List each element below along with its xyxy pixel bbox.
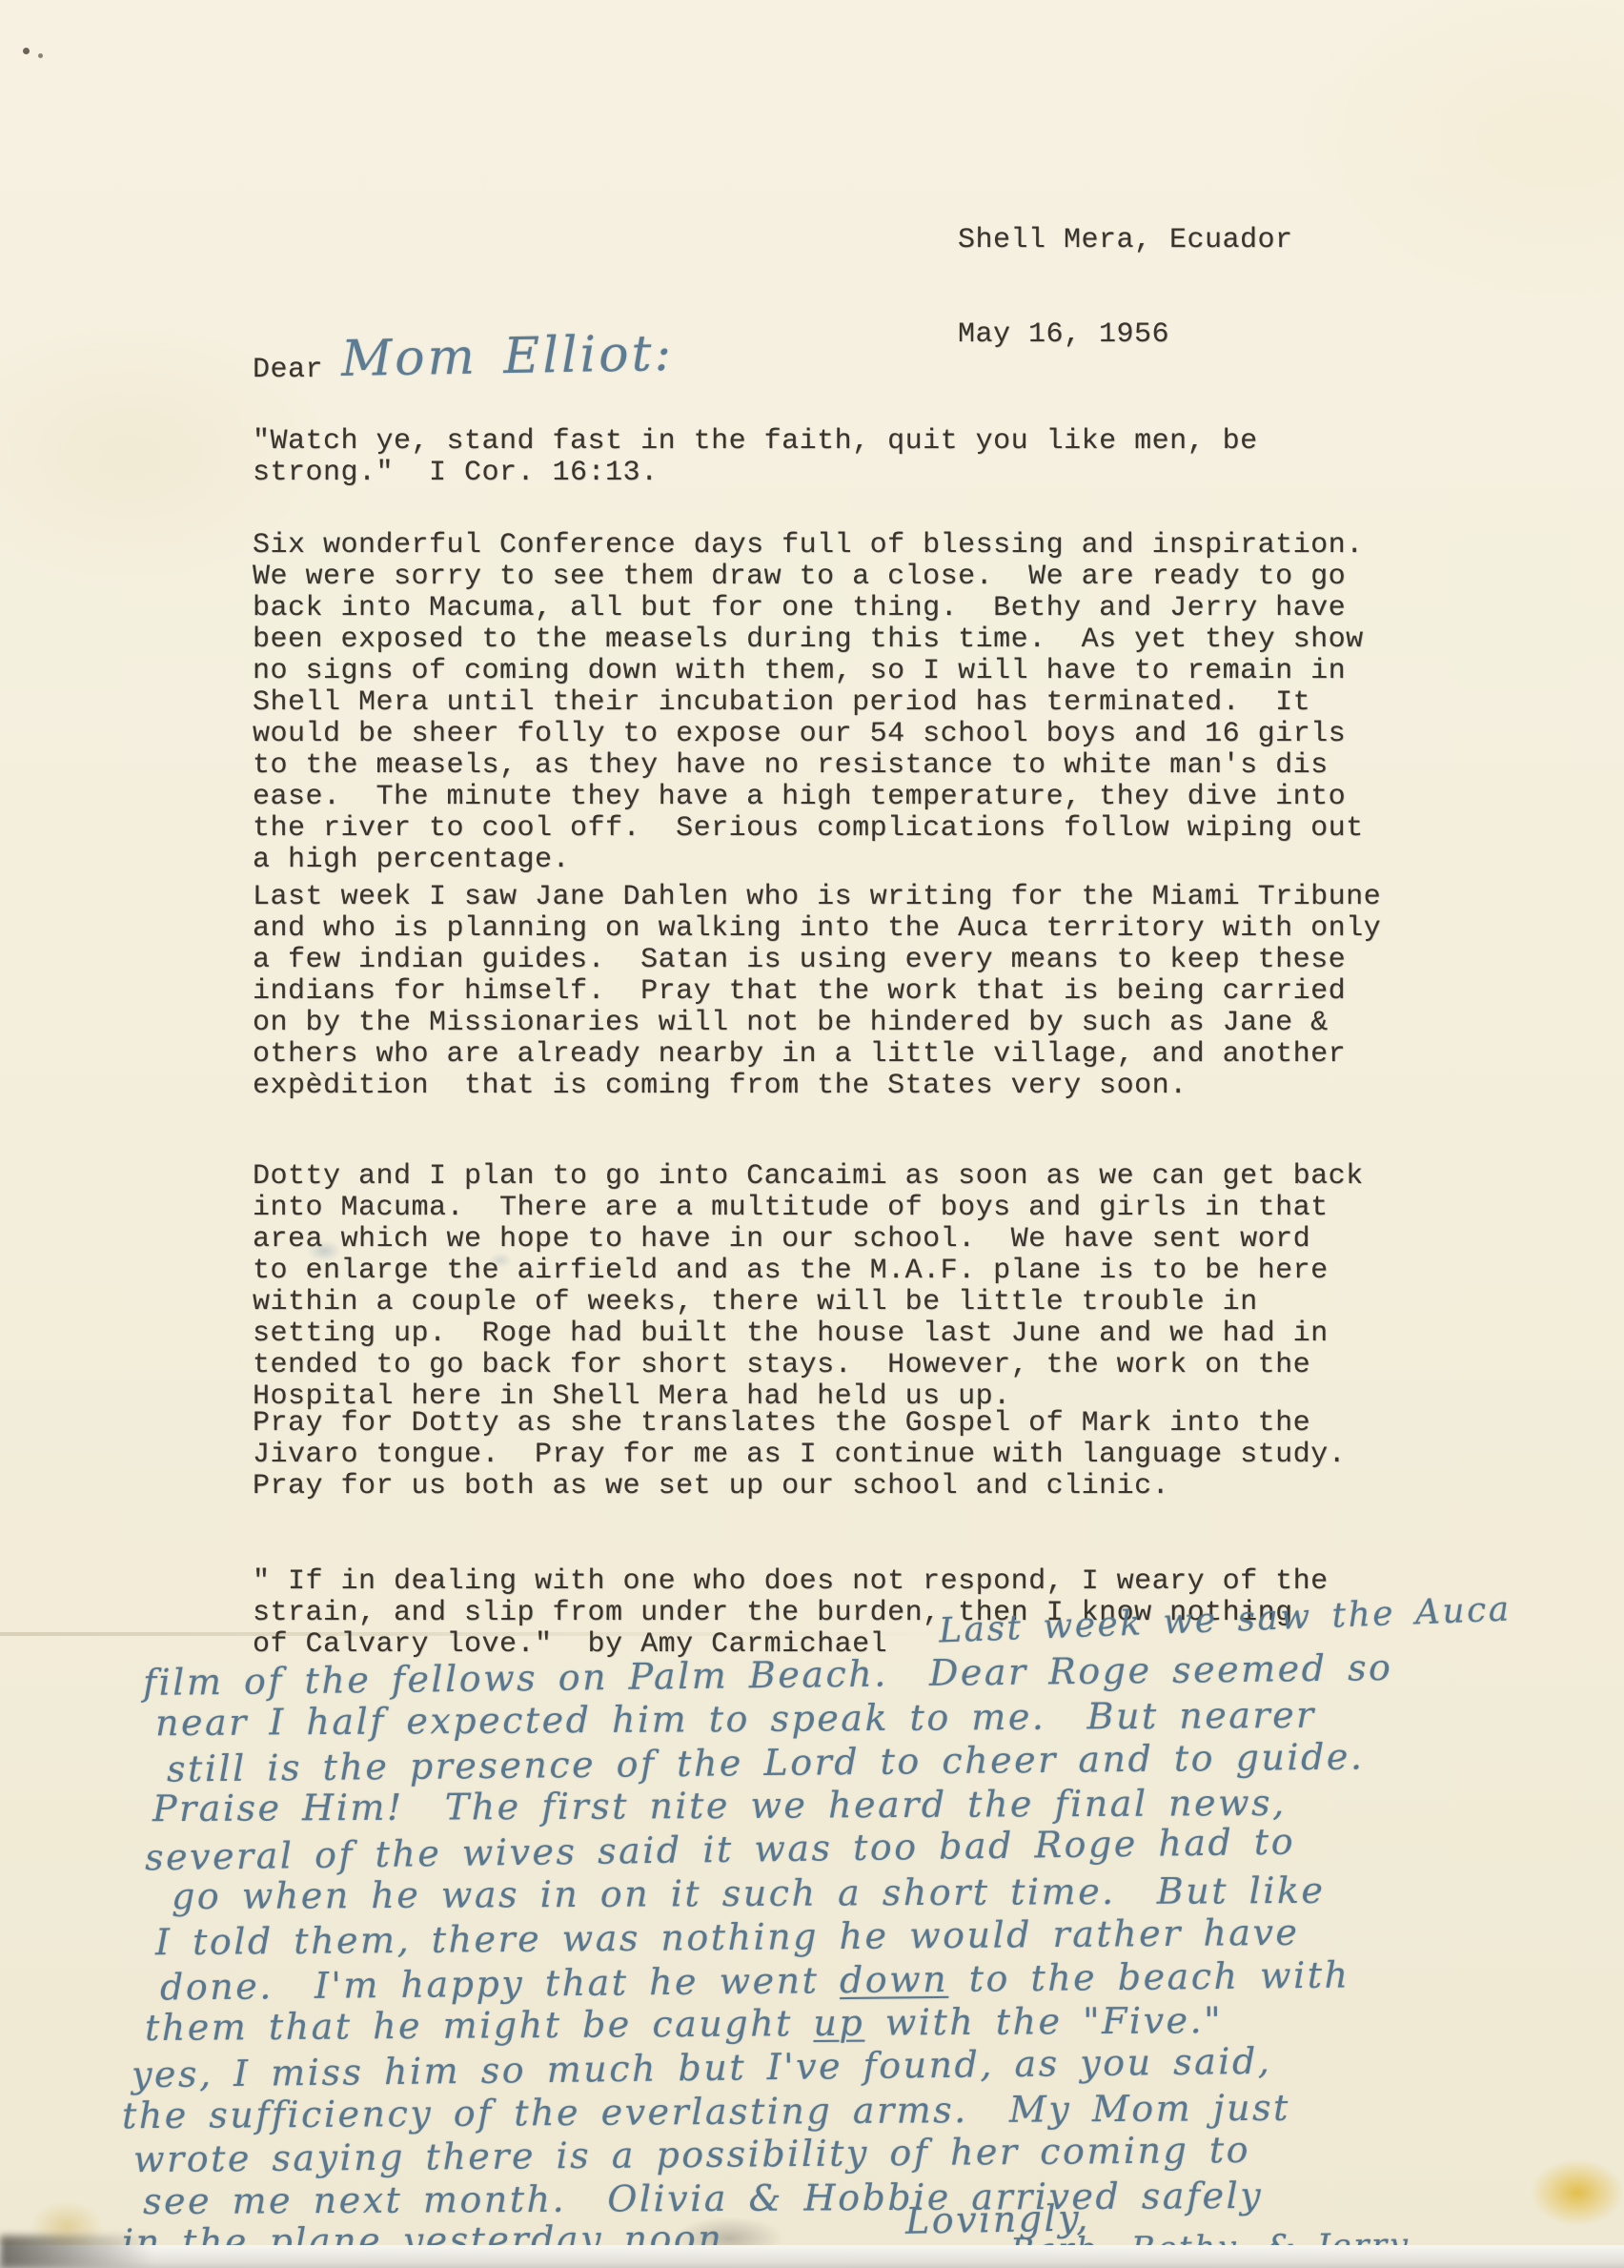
salutation-handwritten-name: Mom Elliot:: [340, 338, 673, 376]
ink-specks: [23, 48, 30, 54]
handwritten-line-up: them that he might be caught up with the…: [145, 1999, 1223, 2049]
paragraph-prayer: Pray for Dotty as she translates the Gos…: [253, 1408, 1346, 1502]
salutation: Dear Mom Elliot:: [253, 345, 673, 386]
paragraph-jane-dahlen: Last week I saw Jane Dahlen who is writi…: [253, 882, 1381, 1102]
paragraph-conference: Six wonderful Conference days full of bl…: [253, 530, 1364, 876]
up-line-pre: them that he might be caught: [145, 2002, 814, 2049]
heading-location: Shell Mera, Ecuador: [958, 225, 1293, 256]
letter-page: Shell Mera, Ecuador May 16, 1956 Dear Mo…: [0, 0, 1624, 2268]
scan-bottom-edge: [0, 2245, 1624, 2268]
scripture-quote: "Watch ye, stand fast in the faith, quit…: [253, 426, 1258, 489]
paragraph-cancaimi: Dotty and I plan to go into Cancaimi as …: [253, 1161, 1364, 1413]
underlined-word-up: up: [813, 2002, 864, 2044]
down-line-post: to the beach with: [948, 1953, 1350, 1999]
handwritten-line: see me next month. Olivia & Hobbie arriv…: [143, 2175, 1263, 2222]
up-line-post: with the "Five.": [864, 1999, 1223, 2044]
letter-heading: Shell Mera, Ecuador May 16, 1956: [958, 162, 1293, 414]
underlined-word-down: down: [840, 1958, 949, 2001]
down-line-pre: done. I'm happy that he went: [160, 1959, 840, 2008]
salutation-typed: Dear: [253, 354, 341, 386]
scan-corner-smudge: [0, 2236, 152, 2268]
handwritten-line: wrote saying there is a possibility of h…: [133, 2129, 1250, 2180]
handwritten-line: near I half expected him to speak to me.…: [155, 1694, 1316, 1745]
heading-date: May 16, 1956: [958, 319, 1293, 351]
handwritten-line: go when he was in on it such a short tim…: [172, 1870, 1326, 1917]
